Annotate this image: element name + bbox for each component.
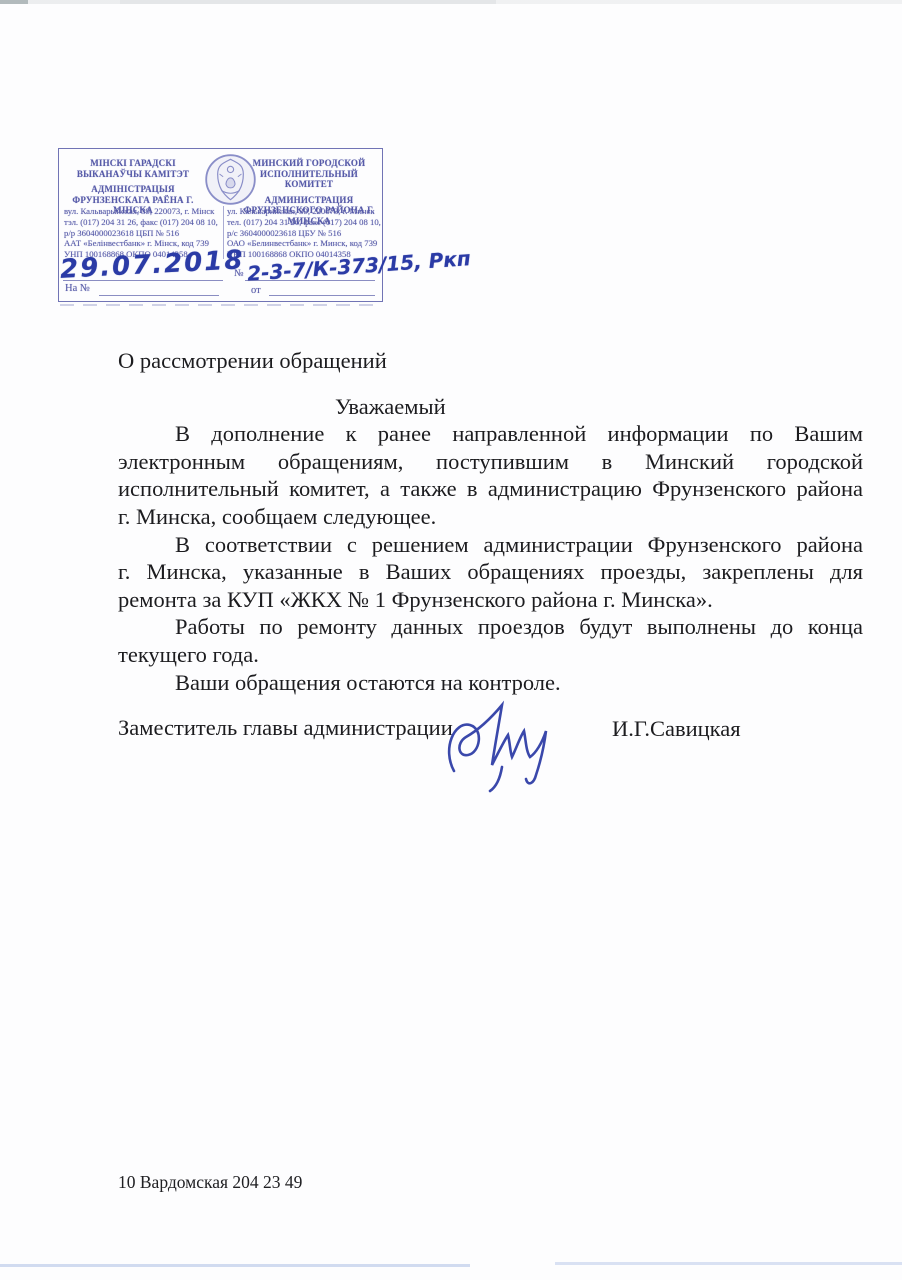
na-no-label: На № xyxy=(65,283,90,294)
scan-smear-under-stamp xyxy=(60,304,380,306)
letter-body: О рассмотрении обращений Уважаемый В доп… xyxy=(118,347,863,809)
address-line: ОАО «Белинвестбанк» г. Минск, код 739 xyxy=(227,238,379,249)
signer-position: Заместитель главы администрации xyxy=(118,715,453,740)
scan-artifact-top-edge xyxy=(0,0,902,4)
number-sign-label: № xyxy=(234,268,244,279)
org-line: МІНСКІ ГАРАДСКІ xyxy=(63,158,203,169)
signature-block: Заместитель главы администрации И.Г.Сави… xyxy=(118,714,863,809)
na-no-underline xyxy=(99,295,219,296)
address-line: р/с 3604000023618 ЦБУ № 516 xyxy=(227,228,379,239)
scan-artifact-bottom-edge xyxy=(555,1262,902,1265)
org-line: АДМИНИСТРАЦИЯ xyxy=(239,195,379,206)
executor-footer: 10 Вардомская 204 23 49 xyxy=(118,1172,302,1193)
org-line: ВЫКАНАЎЧЫ КАМІТЭТ xyxy=(63,169,203,180)
address-line: вул. Кальварыйская, 39, 220073, г. Мінск xyxy=(64,206,222,217)
org-line: АДМІНІСТРАЦЫЯ xyxy=(63,184,203,195)
address-line: тел. (017) 204 31 26, факс (017) 204 08 … xyxy=(227,217,379,228)
paragraph-line: г. Минска, сообщаем следующее. xyxy=(118,503,863,531)
address-line: р/р 3604000023618 ЦБП № 516 xyxy=(64,228,222,239)
salutation: Уважаемый xyxy=(335,393,863,421)
letter-subject: О рассмотрении обращений xyxy=(118,347,863,375)
number-underline xyxy=(245,280,375,281)
address-block-russian: ул. Кальварийская, 39, 220073, г. Минск … xyxy=(227,206,379,260)
scan-artifact-bottom-edge xyxy=(0,1264,470,1267)
paragraph-line: электронным обращениям, поступившим в Ми… xyxy=(118,448,863,476)
paragraph-line: Работы по ремонту данных проездов будут … xyxy=(118,613,863,641)
paragraph-line: г. Минска, указанные в Ваших обращениях … xyxy=(118,558,863,586)
signer-name: И.Г.Савицкая xyxy=(612,715,741,743)
date-underline xyxy=(63,280,223,281)
ot-label: от xyxy=(251,285,261,296)
ot-underline xyxy=(269,295,375,296)
org-line: МИНСКИЙ ГОРОДСКОЙ xyxy=(239,158,379,169)
address-line: тэл. (017) 204 31 26, факс (017) 204 08 … xyxy=(64,217,222,228)
paragraph-line: В дополнение к ранее направленной информ… xyxy=(118,420,863,448)
org-line: ИСПОЛНИТЕЛЬНЫЙ КОМИТЕТ xyxy=(239,169,379,190)
paragraph-line: ремонта за КУП «ЖКХ № 1 Фрунзенского рай… xyxy=(118,586,863,614)
address-line: ул. Кальварийская, 39, 220073, г. Минск xyxy=(227,206,379,217)
paragraph-line: исполнительный комитет, а также в админи… xyxy=(118,475,863,503)
paragraph-line: В соответствии с решением администрации … xyxy=(118,531,863,559)
signature-scribble-icon xyxy=(440,686,590,798)
letterhead-stamp: МІНСКІ ГАРАДСКІ ВЫКАНАЎЧЫ КАМІТЭТ АДМІНІ… xyxy=(58,148,383,302)
paragraph-line: текущего года. xyxy=(118,641,863,669)
scanned-letter-page: МІНСКІ ГАРАДСКІ ВЫКАНАЎЧЫ КАМІТЭТ АДМІНІ… xyxy=(0,0,902,1280)
